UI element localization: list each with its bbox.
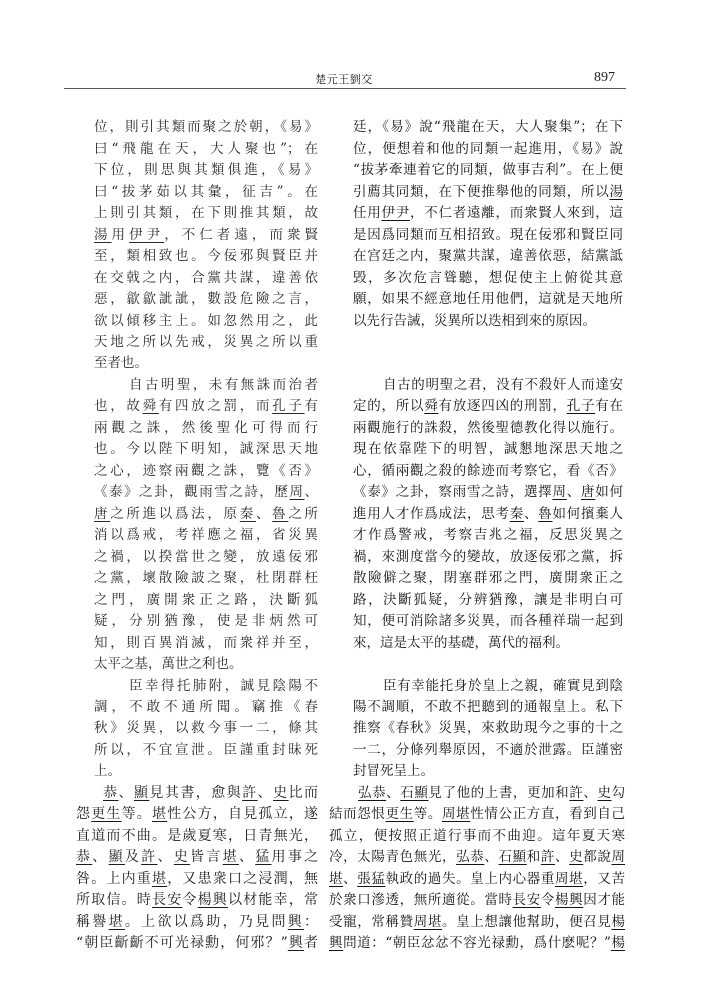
text-line: 結而怨恨更生等。周堪性情公正方直，看到自己 xyxy=(329,804,625,825)
text-run: ，又苦 xyxy=(583,871,625,887)
proper-noun-underlined: 長安 xyxy=(513,892,541,908)
text-run: 消以爲戒，考祥應之福，省災異 xyxy=(94,527,318,543)
text-line: 心，循兩觀之殺的餘迹而考察它，看《否》 xyxy=(353,461,623,482)
text-run: 稱譽 xyxy=(76,914,109,930)
text-run: 、 xyxy=(386,785,400,801)
text-run: 推察《春秋》災異，來救助現今之事的十之 xyxy=(353,720,623,736)
text-run: 。上欲以爲助，乃見問 xyxy=(125,914,288,930)
text-line: 推察《春秋》災異，來救助現今之事的十之 xyxy=(353,718,623,739)
text-line: 廷，《易》說“飛龍在天，大人聚集”；在下 xyxy=(353,117,623,138)
text-line: 曰“拔茅茹以其彙，征吉”。在 xyxy=(94,182,318,203)
text-run: 皆言 xyxy=(190,849,223,865)
text-line: 進用人才作爲成法，思考秦、魯如何擯棄人 xyxy=(353,504,623,525)
text-line: 來，這是太平的基礎，萬代的福利。 xyxy=(353,633,623,654)
proper-noun-underlined: 許 xyxy=(242,785,257,801)
proper-noun-underlined: 石顯 xyxy=(400,785,428,801)
text-line: 禍，來測度當今的變故，放逐佞邪之黨，拆 xyxy=(353,547,623,568)
text-run: 勾 xyxy=(612,785,625,801)
proper-noun-underlined: 更生 xyxy=(91,806,121,822)
text-run: 任用 xyxy=(353,205,382,221)
text-run: 禍，來測度當今的變故，放逐佞邪之黨，拆 xyxy=(353,549,623,565)
text-run: 太平之基，萬世之利也。 xyxy=(94,656,243,672)
text-run: 來，這是太平的基礎，萬代的福利。 xyxy=(353,635,569,651)
proper-noun-underlined: 興 xyxy=(329,935,343,951)
text-run: 和 xyxy=(527,849,541,865)
text-run: 以先行告誡，災異所以迭相到來的原因。 xyxy=(353,313,596,329)
text-line: 湯用伊尹，不仁者遠，而衆賢 xyxy=(94,225,318,246)
text-line: 位，便想着和他的同類一起進用，《易》說 xyxy=(353,139,623,160)
proper-noun-underlined: 堪 xyxy=(329,871,343,887)
translation-narrative-paragraph: 弘恭、石顯見了他的上書，更加和許、史勾結而怨恨更生等。周堪性情公正方直，看到自己… xyxy=(329,783,625,955)
proper-noun-underlined: 堪 xyxy=(152,871,167,887)
text-line: 知，便可消除諸多災異，而各種祥瑞一起到 xyxy=(353,611,623,632)
proper-noun-underlined: 弘恭 xyxy=(456,849,484,865)
proper-noun-underlined: 許 xyxy=(541,849,555,865)
text-line: 封冒死呈上。 xyxy=(353,761,623,782)
text-run: 惡，歙歙訿訿，數設危險之言， xyxy=(94,291,318,307)
text-run: 有四放之罰，而 xyxy=(159,398,272,414)
proper-noun-underlined: 楊興 xyxy=(555,892,583,908)
text-run: 用 xyxy=(112,227,130,243)
proper-noun-underlined: 楊興 xyxy=(198,892,228,908)
proper-noun-underlined: 伊尹 xyxy=(382,205,411,221)
text-line: 受寵，常稱贊周堪。皇上想讓他幫助，便召見楊 xyxy=(329,912,625,933)
header-rule-divider xyxy=(64,88,626,89)
text-run: 有在 xyxy=(595,398,623,414)
text-run: “朝臣齗齗不可光禄勳，何邪？” xyxy=(76,935,288,951)
text-run: 在宫廷之内，聚黨共謀，違善依惡，結黨詆 xyxy=(353,248,623,264)
text-run: 、 xyxy=(583,785,597,801)
text-run: 一二，分條列舉原因，不適於泄露。臣謹密 xyxy=(353,742,623,758)
text-line: “朝臣齗齗不可光禄勳，何邪？”興者 xyxy=(76,933,318,954)
text-run: 臣有幸能托身於皇上之親，確實見到陰 xyxy=(383,678,623,694)
text-run: 怨 xyxy=(76,806,91,822)
text-line: 冷，太陽青色無光，弘恭、石顯和許、史都說周 xyxy=(329,847,625,868)
text-line: 上則引其類，在下則推其類，故 xyxy=(94,203,318,224)
text-line: 願，如果不經意地任用他們，這就是天地所 xyxy=(353,289,623,310)
text-run: 見了他的上書，更加和 xyxy=(428,785,569,801)
text-line: 所取信。時長安令楊興以材能幸，常 xyxy=(76,890,318,911)
text-run: 、 xyxy=(92,849,108,865)
text-line: 弘恭、石顯見了他的上書，更加和許、史勾 xyxy=(329,783,625,804)
proper-noun-underlined: 興 xyxy=(288,914,304,930)
proper-noun-underlined: 周堪 xyxy=(555,871,583,887)
text-run: 、 xyxy=(258,785,273,801)
text-line: 下位，則思與其類俱進，《易》 xyxy=(94,160,318,181)
text-run: 至者也。 xyxy=(94,355,148,371)
text-line: 兩觀施行的誅殺，然後聖德教化得以施行。 xyxy=(353,418,623,439)
text-run: 見其書，愈與 xyxy=(149,785,242,801)
proper-noun-underlined: 秦 xyxy=(240,506,256,522)
proper-noun-underlined: 猛 xyxy=(255,849,271,865)
text-line: 陽不調順，不敢不把聽到的通報皇上。私下 xyxy=(353,697,623,718)
text-line: 也，故舜有四放之罰，而孔子有 xyxy=(94,396,318,417)
text-run: 疑，分别猶豫，使是非炳然可 xyxy=(94,613,318,629)
text-run: 、 xyxy=(157,849,173,865)
text-line: 臣有幸能托身於皇上之親，確實見到陰 xyxy=(353,676,623,697)
text-line: 自古的明聖之君，没有不殺奸人而達安 xyxy=(353,375,623,396)
text-run: 用事之 xyxy=(272,849,318,865)
proper-noun-underlined: 恭 xyxy=(76,849,92,865)
proper-noun-underlined: 長安 xyxy=(152,892,182,908)
proper-noun-underlined: 張猛 xyxy=(357,871,385,887)
proper-noun-underlined: 楊 xyxy=(611,935,625,951)
text-run: 欲以傾移主上。如忽然用之，此 xyxy=(94,313,318,329)
text-run: 現在依靠陛下的明智，誠懇地深思天地之 xyxy=(353,441,623,457)
text-run: 者 xyxy=(304,935,318,951)
text-run: 性情公正方直，看到自己 xyxy=(470,806,625,822)
text-line: 於衆口滲透，無所適從。當時長安令楊興因才能 xyxy=(329,890,625,911)
text-run: 、 xyxy=(343,871,357,887)
text-line: 消以爲戒，考祥應之福，省災異 xyxy=(94,525,318,546)
text-run: 知，則百異消滅，而衆祥并至， xyxy=(94,635,318,651)
text-run: 進用人才作爲成法，思考 xyxy=(353,506,510,522)
proper-noun-underlined: 更生 xyxy=(386,806,414,822)
narrative-paragraph: 恭、顯見其書，愈與許、史比而怨更生等。堪性公方，自見孤立，遂直道而不曲。是歲夏寒… xyxy=(76,783,318,955)
text-run: 都說 xyxy=(583,849,611,865)
text-line: 《泰》之卦，觀雨雪之詩，歷周、 xyxy=(94,482,318,503)
text-run: 如何 xyxy=(595,484,623,500)
text-line: 至者也。 xyxy=(94,353,318,374)
text-line: 才作爲警戒，考察吉兆之福，反思災異之 xyxy=(353,525,623,546)
proper-noun-underlined: 許 xyxy=(569,785,583,801)
text-run: 位，則引其類而聚之於朝，《易》 xyxy=(94,119,318,135)
text-line: 之心，迹察兩觀之誅，覽《否》 xyxy=(94,461,318,482)
text-run: 之黨，壞散險詖之聚，杜閉群枉 xyxy=(94,570,318,586)
text-run: 引薦其同類，在下便推舉他的同類，所以 xyxy=(353,184,610,200)
proper-noun-underlined: 許 xyxy=(141,849,157,865)
proper-noun-underlined: 楊 xyxy=(612,914,626,930)
text-run: 孤立，便按照正道行事而不曲迎。這年夏天寒 xyxy=(329,828,625,844)
text-run: ，不仁者遠，而衆賢 xyxy=(164,227,318,243)
text-run: 比而 xyxy=(289,785,318,801)
text-run: 下位，則思與其類俱進，《易》 xyxy=(94,162,318,178)
text-run: 知，便可消除諸多災異，而各種祥瑞一起到 xyxy=(353,613,623,629)
text-line: 興問道：“朝臣忿忿不容光禄勳，爲什麽呢？”楊 xyxy=(329,933,625,954)
text-line: 上。 xyxy=(94,761,318,782)
proper-noun-underlined: 恭 xyxy=(103,785,118,801)
text-run: 是因爲同類而互相招致。現在佞邪和賢臣同 xyxy=(353,227,623,243)
text-line: 秋》災異，以救今事一二，條其 xyxy=(94,718,318,739)
text-line: 欲以傾移主上。如忽然用之，此 xyxy=(94,311,318,332)
proper-noun-underlined: 史 xyxy=(273,785,288,801)
text-line: 至，類相致也。今佞邪與賢臣并 xyxy=(94,246,318,267)
text-run: 於衆口滲透，無所適從。當時 xyxy=(329,892,513,908)
proper-noun-underlined: 堪 xyxy=(223,849,239,865)
text-run: 毁，多次危言聳聽，想促使主上俯從其意 xyxy=(353,270,623,286)
proper-noun-underlined: 興 xyxy=(288,935,304,951)
text-line: 堪、張猛執政的過失。皇上内心器重周堪，又苦 xyxy=(329,869,625,890)
text-line: 現在依靠陛下的明智，誠懇地深思天地之 xyxy=(353,439,623,460)
proper-noun-underlined: 弘恭 xyxy=(358,785,386,801)
proper-noun-underlined: 石顯 xyxy=(499,849,527,865)
proper-noun-underlined: 湯 xyxy=(94,227,112,243)
text-run: 令 xyxy=(541,892,555,908)
text-line: 知，則百異消滅，而衆祥并至， xyxy=(94,633,318,654)
text-run: 臣幸得托肺附，誠見陰陽不 xyxy=(129,678,318,694)
text-run: “拔茅牽連着它的同類，做事吉利”。在上便 xyxy=(353,162,623,178)
text-run: 有 xyxy=(305,398,318,414)
text-run: 之心，迹察兩觀之誅，覽《否》 xyxy=(94,463,318,479)
text-line: 毁，多次危言聳聽，想促使主上俯從其意 xyxy=(353,268,623,289)
text-run: 執政的過失。皇上内心器重 xyxy=(386,871,556,887)
text-run: 之門，廣開衆正之路，決斷狐 xyxy=(94,592,318,608)
page-number: 897 xyxy=(594,70,615,86)
proper-noun-underlined: 顯 xyxy=(109,849,125,865)
proper-noun-underlined: 孔子 xyxy=(272,398,304,414)
text-run: 曰“拔茅茹以其彙，征吉”。在 xyxy=(94,184,318,200)
text-line: 之黨，壞散險詖之聚，杜閉群枉 xyxy=(94,568,318,589)
translation-paragraph: 臣有幸能托身於皇上之親，確實見到陰陽不調順，不敢不把聽到的通報皇上。私下推察《春… xyxy=(353,676,623,783)
memorial-paragraph-continued: 位，則引其類而聚之於朝，《易》曰“飛龍在天，大人聚也”；在下位，則思與其類俱進，… xyxy=(94,117,318,375)
proper-noun-underlined: 伊尹 xyxy=(129,227,164,243)
proper-noun-underlined: 孔子 xyxy=(567,398,596,414)
text-run: 《泰》之卦，觀雨雪之詩，歷 xyxy=(94,484,289,500)
text-line: 疑，分别猶豫，使是非炳然可 xyxy=(94,611,318,632)
text-run: 、 xyxy=(555,849,569,865)
memorial-paragraph: 自古明聖，未有無誅而治者也，故舜有四放之罰，而孔子有兩觀之誅，然後聖化可得而行也… xyxy=(94,375,318,676)
text-line: 臣幸得托肺附，誠見陰陽不 xyxy=(94,676,318,697)
text-run: 也。今以陛下明知，誠深思天地 xyxy=(94,441,318,457)
text-run: 令 xyxy=(182,892,197,908)
running-header-title: 楚元王劉交 xyxy=(296,71,392,87)
proper-noun-underlined: 史 xyxy=(174,849,190,865)
text-line: 恭、顯見其書，愈與許、史比而 xyxy=(76,783,318,804)
text-line: 之門，廣開衆正之路，決斷狐 xyxy=(94,590,318,611)
text-run: 兩觀施行的誅殺，然後聖德教化得以施行。 xyxy=(353,420,623,436)
proper-noun-underlined: 湯 xyxy=(610,184,624,200)
text-run: 之所 xyxy=(288,506,318,522)
text-line: 兩觀之誅，然後聖化可得而行 xyxy=(94,418,318,439)
proper-noun-underlined: 史 xyxy=(597,785,611,801)
text-line: 散險僻之聚，閉塞群邪之門，廣開衆正之 xyxy=(353,568,623,589)
text-run: 有放逐四凶的刑罰， xyxy=(439,398,567,414)
text-line: 稱譽堪。上欲以爲助，乃見問興： xyxy=(76,912,318,933)
text-line: 以先行告誡，災異所以迭相到來的原因。 xyxy=(353,311,623,332)
memorial-paragraph: 臣幸得托肺附，誠見陰陽不調，不敢不通所聞。竊推《春秋》災異，以救今事一二，條其所… xyxy=(94,676,318,783)
text-run: 、 xyxy=(484,849,498,865)
text-run: 性公方，自見孤立，遂 xyxy=(167,806,318,822)
proper-noun-underlined: 周 xyxy=(553,484,567,500)
text-run: 因才能 xyxy=(583,892,625,908)
text-run: 至，類相致也。今佞邪與賢臣并 xyxy=(94,248,318,264)
text-run: 、 xyxy=(567,484,581,500)
text-line: 自古明聖，未有無誅而治者 xyxy=(94,375,318,396)
text-line: 唐之所進以爲法，原秦、魯之所 xyxy=(94,504,318,525)
text-run: 問道：“朝臣忿忿不容光禄勳，爲什麽呢？” xyxy=(343,935,611,951)
text-run: 受寵，常稱贊 xyxy=(329,914,414,930)
proper-noun-underlined: 舜 xyxy=(424,398,438,414)
text-line: 孤立，便按照正道行事而不曲迎。這年夏天寒 xyxy=(329,826,625,847)
text-run: 等。 xyxy=(414,806,442,822)
text-run: 以材能幸，常 xyxy=(228,892,318,908)
proper-noun-underlined: 周堪 xyxy=(442,806,470,822)
text-run: 、 xyxy=(305,484,318,500)
text-line: 定的，所以舜有放逐四凶的刑罰，孔子有在 xyxy=(353,396,623,417)
proper-noun-underlined: 顯 xyxy=(134,785,149,801)
text-run: 及 xyxy=(125,849,141,865)
text-run: ，不仁者遠離，而衆賢人來到，這 xyxy=(410,205,623,221)
text-line: 《泰》之卦，察雨雪之詩，選擇周、唐如何 xyxy=(353,482,623,503)
proper-noun-underlined: 周 xyxy=(612,849,626,865)
proper-noun-underlined: 堪 xyxy=(152,806,167,822)
proper-noun-underlined: 秦 xyxy=(510,506,524,522)
text-line: 任用伊尹，不仁者遠離，而衆賢人來到，這 xyxy=(353,203,623,224)
text-run: 所以，不宜宣泄。臣謹重封昧死 xyxy=(94,742,318,758)
text-line: 也。今以陛下明知，誠深思天地 xyxy=(94,439,318,460)
text-run: 之所進以爲法，原 xyxy=(110,506,240,522)
text-run: 才作爲警戒，考察吉兆之福，反思災異之 xyxy=(353,527,623,543)
proper-noun-underlined: 周堪 xyxy=(414,914,442,930)
text-run: 結而怨恨 xyxy=(329,806,386,822)
text-run: 。皇上想讓他幫助，便召見 xyxy=(442,914,612,930)
proper-noun-underlined: 史 xyxy=(569,849,583,865)
proper-noun-underlined: 舜 xyxy=(143,398,159,414)
text-line: 路，決斷狐疑，分辨猶豫，讓是非明白可 xyxy=(353,590,623,611)
text-line: 怨更生等。堪性公方，自見孤立，遂 xyxy=(76,804,318,825)
text-line: 之禍，以揆當世之變，放遠佞邪 xyxy=(94,547,318,568)
text-run: 、 xyxy=(524,506,538,522)
proper-noun-underlined: 周 xyxy=(289,484,304,500)
text-line: 調，不敢不通所聞。竊推《春 xyxy=(94,697,318,718)
text-run: 陽不調順，不敢不把聽到的通報皇上。私下 xyxy=(353,699,623,715)
text-run: 心，循兩觀之殺的餘迹而考察它，看《否》 xyxy=(353,463,623,479)
text-line: 位，則引其類而聚之於朝，《易》 xyxy=(94,117,318,138)
text-line: 在宫廷之内，聚黨共謀，違善依惡，結黨詆 xyxy=(353,246,623,267)
text-run: 、 xyxy=(256,506,272,522)
text-run: 自古明聖，未有無誅而治者 xyxy=(129,377,318,393)
text-run: 定的，所以 xyxy=(353,398,424,414)
text-line: 在交戟之内，合黨共謀，違善依 xyxy=(94,268,318,289)
text-run: 散險僻之聚，閉塞群邪之門，廣開衆正之 xyxy=(353,570,623,586)
text-line: 天地之所以先戒，災異之所以重 xyxy=(94,332,318,353)
text-run: 秋》災異，以救今事一二，條其 xyxy=(94,720,318,736)
text-line: 所以，不宜宣泄。臣謹重封昧死 xyxy=(94,740,318,761)
translation-paragraph-continued: 廷，《易》說“飛龍在天，大人聚集”；在下位，便想着和他的同類一起進用，《易》說“… xyxy=(353,117,623,332)
text-line: 咎。上内重堪，又患衆口之浸潤，無 xyxy=(76,869,318,890)
text-run: 上則引其類，在下則推其類，故 xyxy=(94,205,318,221)
text-run: 之禍，以揆當世之變，放遠佞邪 xyxy=(94,549,318,565)
translation-paragraph: 自古的明聖之君，没有不殺奸人而達安定的，所以舜有放逐四凶的刑罰，孔子有在兩觀施行… xyxy=(353,375,623,654)
text-line: 曰“飛龍在天，大人聚也”；在 xyxy=(94,139,318,160)
text-run: 天地之所以先戒，災異之所以重 xyxy=(94,334,318,350)
text-run: 等。 xyxy=(122,806,152,822)
text-run: 直道而不曲。是歲夏寒，日青無光， xyxy=(76,828,318,844)
text-run: ： xyxy=(304,914,318,930)
text-run: 廷，《易》說“飛龍在天，大人聚集”；在下 xyxy=(353,119,623,135)
text-run: 位，便想着和他的同類一起進用，《易》說 xyxy=(353,141,623,157)
proper-noun-underlined: 唐 xyxy=(94,506,110,522)
text-run: 兩觀之誅，然後聖化可得而行 xyxy=(94,420,318,436)
text-run: 曰“飛龍在天，大人聚也”；在 xyxy=(94,141,318,157)
text-line: “拔茅牽連着它的同類，做事吉利”。在上便 xyxy=(353,160,623,181)
proper-noun-underlined: 魯 xyxy=(272,506,288,522)
text-run: 冷，太陽青色無光， xyxy=(329,849,456,865)
text-run: 也，故 xyxy=(94,398,143,414)
text-run: 如何擯棄人 xyxy=(553,506,624,522)
text-run: 自古的明聖之君，没有不殺奸人而達安 xyxy=(383,377,623,393)
text-run: 願，如果不經意地任用他們，這就是天地所 xyxy=(353,291,623,307)
text-run: 《泰》之卦，察雨雪之詩，選擇 xyxy=(353,484,553,500)
text-run: 、 xyxy=(118,785,133,801)
text-run: ，又患衆口之浸潤，無 xyxy=(167,871,318,887)
text-run: 上。 xyxy=(94,763,121,779)
proper-noun-underlined: 唐 xyxy=(581,484,595,500)
proper-noun-underlined: 堪 xyxy=(109,914,125,930)
text-run: 路，決斷狐疑，分辨猶豫，讓是非明白可 xyxy=(353,592,623,608)
text-line: 一二，分條列舉原因，不適於泄露。臣謹密 xyxy=(353,740,623,761)
text-line: 是因爲同類而互相招致。現在佞邪和賢臣同 xyxy=(353,225,623,246)
text-line: 直道而不曲。是歲夏寒，日青無光， xyxy=(76,826,318,847)
proper-noun-underlined: 魯 xyxy=(538,506,552,522)
text-line: 引薦其同類，在下便推舉他的同類，所以湯 xyxy=(353,182,623,203)
text-run: 所取信。時 xyxy=(76,892,152,908)
text-run: 調，不敢不通所聞。竊推《春 xyxy=(94,699,318,715)
text-line: 太平之基，萬世之利也。 xyxy=(94,654,318,675)
text-run: 在交戟之内，合黨共謀，違善依 xyxy=(94,270,318,286)
text-line: 惡，歙歙訿訿，數設危險之言， xyxy=(94,289,318,310)
text-run: 咎。上内重 xyxy=(76,871,152,887)
text-line: 恭、顯及許、史皆言堪、猛用事之 xyxy=(76,847,318,868)
text-run: 封冒死呈上。 xyxy=(353,763,434,779)
text-run: 、 xyxy=(239,849,255,865)
